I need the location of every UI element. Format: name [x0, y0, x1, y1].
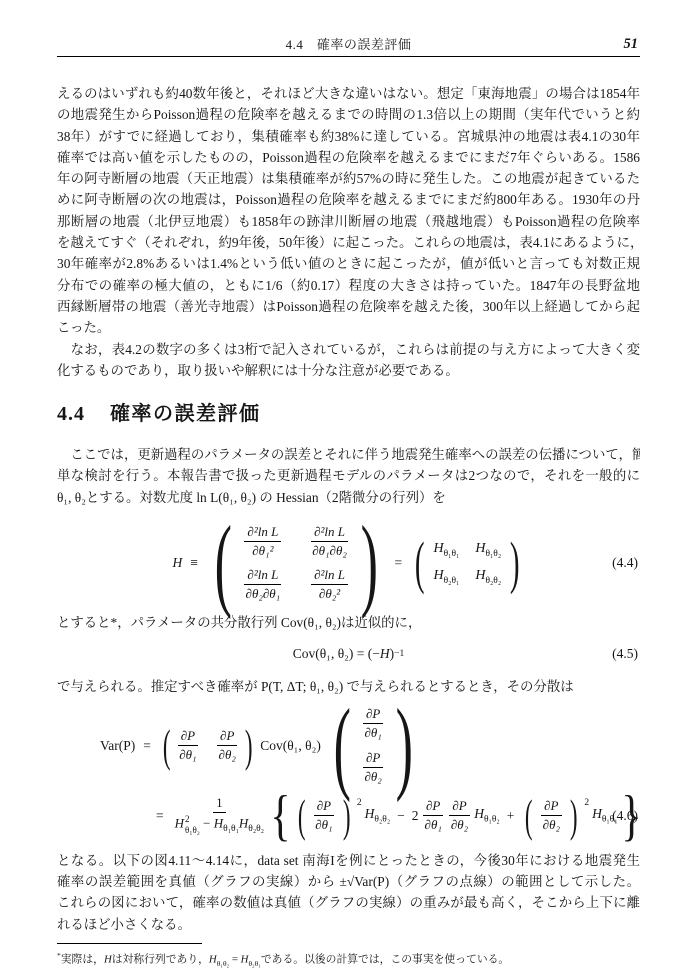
H-term: Hθ₂θ₂	[365, 806, 390, 825]
text-line: れるほど小さくなる。	[57, 914, 640, 935]
text-line: ここでは，更新過程のパラメータの誤差とそれに伴う地震発生確率への誤差の伝播につい…	[57, 444, 640, 465]
matrix-cell: ∂²ln L∂θ₂∂θ₁	[243, 567, 284, 603]
running-header: 4.4 確率の誤差評価	[57, 36, 640, 53]
section-number: 4.4	[57, 403, 85, 425]
H-subscript: θ₂θ₁	[248, 959, 260, 968]
minus-sign: −	[397, 808, 405, 824]
equation-tag: (4.5)	[612, 646, 638, 662]
text-line: の地震発生からPoisson過程の危険率を越えるまでの時間の1.3倍以上の期間（…	[57, 104, 640, 125]
equation-4-5-body: Cov(θ₁, θ₂) = (−H)−1	[293, 646, 404, 662]
text-line: 年の阿寺断層の地震（天正地震）は集積確率が約57%の時に発生した。この地震が起き…	[57, 168, 640, 189]
equals-sign: =	[156, 808, 164, 824]
partial-fraction: ∂P∂θ₂	[448, 798, 471, 834]
math-H: H	[380, 646, 390, 662]
equals-sign: =	[229, 953, 241, 965]
prefactor-fraction: 1 H2θ₁θ₂ − Hθ₁θ₁Hθ₂θ₂	[172, 795, 267, 836]
equals-sign: =	[143, 738, 151, 754]
page-header: 4.4 確率の誤差評価 51	[57, 36, 640, 57]
footnote-rule	[57, 943, 202, 944]
text-line: なお，表4.2の数字の多くは3桁で記入されているが，これらは前提の与え方によって…	[57, 339, 640, 360]
equals-sign: =	[395, 555, 403, 571]
plus-sign: +	[507, 808, 515, 824]
partial-fraction: ∂P∂θ₂	[361, 750, 384, 786]
coefficient-2: 2	[412, 808, 419, 824]
equation-4-5: Cov(θ₁, θ₂) = (−H)−1 (4.5)	[57, 642, 640, 666]
text-line: θ₁, θ₂とする。対数尤度 ln L(θ₁, θ₂) の Hessian（2階…	[57, 487, 640, 508]
text-line: 分布での確率の極大値の，ともに1/6（約0.17）程度の大きさは持っていた。18…	[57, 275, 640, 296]
equation-4-4: H ≡ ( ∂²ln L∂θ₁² ∂²ln L∂θ₁∂θ₂ ∂²ln L∂θ₂∂…	[57, 517, 640, 609]
paragraph-closing: となる。以下の図4.11～4.14に，data set 南海Iを例にとったときの…	[57, 850, 640, 935]
var-P: Var(P)	[100, 738, 135, 754]
text-line: 30年確率が2.8%あるいは1.4%という低い値のときに起こったが，値が低いと言…	[57, 253, 640, 274]
text-line: 38年）がすでに経過しており，集積確率も約38%に達している。宮城県沖の地震は表…	[57, 126, 640, 147]
matrix-cell: Hθ₁θ₁	[433, 541, 459, 559]
section-heading: 4.4 確率の誤差評価	[57, 401, 640, 428]
cov-expression: Cov(θ₁, θ₂) = (−	[293, 646, 380, 662]
text-line: こった。	[57, 317, 640, 338]
paragraph-intro: ここでは，更新過程のパラメータの誤差とそれに伴う地震発生確率への誤差の伝播につい…	[57, 444, 640, 508]
footnote-text: 実際は，	[61, 953, 104, 965]
paragraph-note: なお，表4.2の数字の多くは3桁で記入されているが，これらは前提の与え方によって…	[57, 339, 640, 382]
matrix-cell: ∂²ln L∂θ₁∂θ₂	[309, 524, 350, 560]
text-line: とすると*，パラメータの共分散行列 Cov(θ₁, θ₂)は近似的に，	[57, 612, 640, 633]
matrix-cell: Hθ₂θ₁	[433, 568, 459, 586]
H-term: Hθ₁θ₂	[474, 806, 499, 825]
text-line: となる。以下の図4.11～4.14に，data set 南海Iを例にとったときの…	[57, 850, 640, 871]
partial-fraction: ∂P∂θ₁	[312, 798, 335, 834]
equiv-sign: ≡	[190, 555, 198, 571]
cov-term: Cov(θ₁, θ₂)	[260, 738, 321, 754]
matrix-cell: ∂²ln L∂θ₁²	[244, 524, 281, 560]
partial-fraction: ∂P∂θ₂	[540, 798, 563, 834]
math-H: H	[209, 953, 217, 965]
document-page: 4.4 確率の誤差評価 51 えるのはいずれも約40数年後と，それほど大きな違い…	[0, 0, 697, 968]
squared-exponent: 2	[584, 798, 589, 808]
gradient-column-vector: ∂P∂θ₁ ∂P∂θ₂	[361, 706, 384, 786]
text-line: これらの図において，確率の数値は真値（グラフの実線）の重みが最も高く，そこから上…	[57, 892, 640, 913]
partial-fraction: ∂P∂θ₂	[216, 728, 239, 764]
matrix-cell: Hθ₁θ₂	[475, 541, 501, 559]
partial-fraction: ∂P∂θ₁	[176, 728, 199, 764]
bracketed-sum: ( ∂P∂θ₁ ) 2 Hθ₂θ₂ − 2 ∂P∂θ₁ ∂P∂θ₂ Hθ₁θ₂ …	[294, 798, 618, 834]
gradient-row-vector: ∂P∂θ₁ ∂P∂θ₂	[176, 728, 239, 764]
equation-4-6-line1-body: Var(P) = ( ∂P∂θ₁ ∂P∂θ₂ ) Cov(θ₁, θ₂) ( ∂…	[100, 706, 421, 786]
squared-exponent: 2	[357, 798, 362, 808]
matrix-cell: ∂²ln L∂θ₂²	[311, 567, 348, 603]
paragraph-continued: えるのはいずれも約40数年後と，それほど大きな違いはない。想定「東海地震」の場合…	[57, 83, 640, 339]
equation-4-4-body: H ≡ ( ∂²ln L∂θ₁² ∂²ln L∂θ₁∂θ₂ ∂²ln L∂θ₂∂…	[173, 524, 525, 603]
partial-fraction: ∂P∂θ₁	[361, 706, 384, 742]
partial-fraction: ∂P∂θ₁	[422, 798, 445, 834]
text-line: えるのはいずれも約40数年後と，それほど大きな違いはない。想定「東海地震」の場合…	[57, 83, 640, 104]
matrix-cell: Hθ₂θ₂	[475, 568, 501, 586]
text-line: 単な検討を行う。本報告書で扱った更新過程モデルのパラメータは2つなので，それを一…	[57, 465, 640, 486]
footnote-text: である。以後の計算では，この事実を使っている。	[261, 953, 509, 965]
equation-tag: (4.6)	[612, 808, 638, 824]
footnote-text: は対称行列であり，	[112, 953, 209, 965]
section-title: 確率の誤差評価	[110, 403, 261, 425]
text-line: を越えてすぐ（それぞれ，約9年後，50年後）に起こった。これらの地震は，表4.1…	[57, 232, 640, 253]
hessian-matrix: ∂²ln L∂θ₁² ∂²ln L∂θ₁∂θ₂ ∂²ln L∂θ₂∂θ₁ ∂²l…	[243, 524, 350, 603]
equation-4-6-line1: Var(P) = ( ∂P∂θ₁ ∂P∂θ₂ ) Cov(θ₁, θ₂) ( ∂…	[57, 703, 640, 789]
math-H: H	[104, 953, 112, 965]
text-line: めに阿寺断層の次の地震は，Poisson過程の危険率を越えるまでにまだ約800年…	[57, 189, 640, 210]
text-line: 化するものであり，取り扱いや解釈には十分な注意が必要である。	[57, 360, 640, 381]
H-subscript: θ₁θ₂	[217, 959, 229, 968]
text-line: 西縁断層帯の地震（善光寺地震）はPoisson過程の危険率を越えた後，300年以…	[57, 296, 640, 317]
footnote: *実際は，Hは対称行列であり，Hθ₁θ₂ = Hθ₂θ₁である。以後の計算では，…	[57, 948, 640, 968]
equation-4-6-line2: = 1 H2θ₁θ₂ − Hθ₁θ₁Hθ₂θ₂ { ( ∂P∂θ₁ ) 2 Hθ…	[57, 791, 640, 841]
text-line: 那断層の地震（北伊豆地震）も1858年の跡津川断層の地震（飛越地震）もPoiss…	[57, 211, 640, 232]
inverse-exponent: −1	[394, 649, 404, 659]
math-H: H	[173, 555, 183, 571]
text-line: 確率の誤差範囲を真値（グラフの実線）から ±√Var(P)（グラフの点線）の範囲…	[57, 871, 640, 892]
h-matrix: Hθ₁θ₁ Hθ₁θ₂ Hθ₂θ₁ Hθ₂θ₂	[433, 541, 501, 586]
page-number: 51	[624, 36, 639, 53]
equation-4-6-line2-body: = 1 H2θ₁θ₂ − Hθ₁θ₁Hθ₂θ₂ { ( ∂P∂θ₁ ) 2 Hθ…	[148, 795, 644, 836]
equation-tag: (4.4)	[612, 555, 638, 571]
denominator: H2θ₁θ₂ − Hθ₁θ₁Hθ₂θ₂	[172, 813, 267, 836]
text-line: 確率では高い値を示したものの，Poisson過程の危険率を越えるまでにまだ7年ぐ…	[57, 147, 640, 168]
